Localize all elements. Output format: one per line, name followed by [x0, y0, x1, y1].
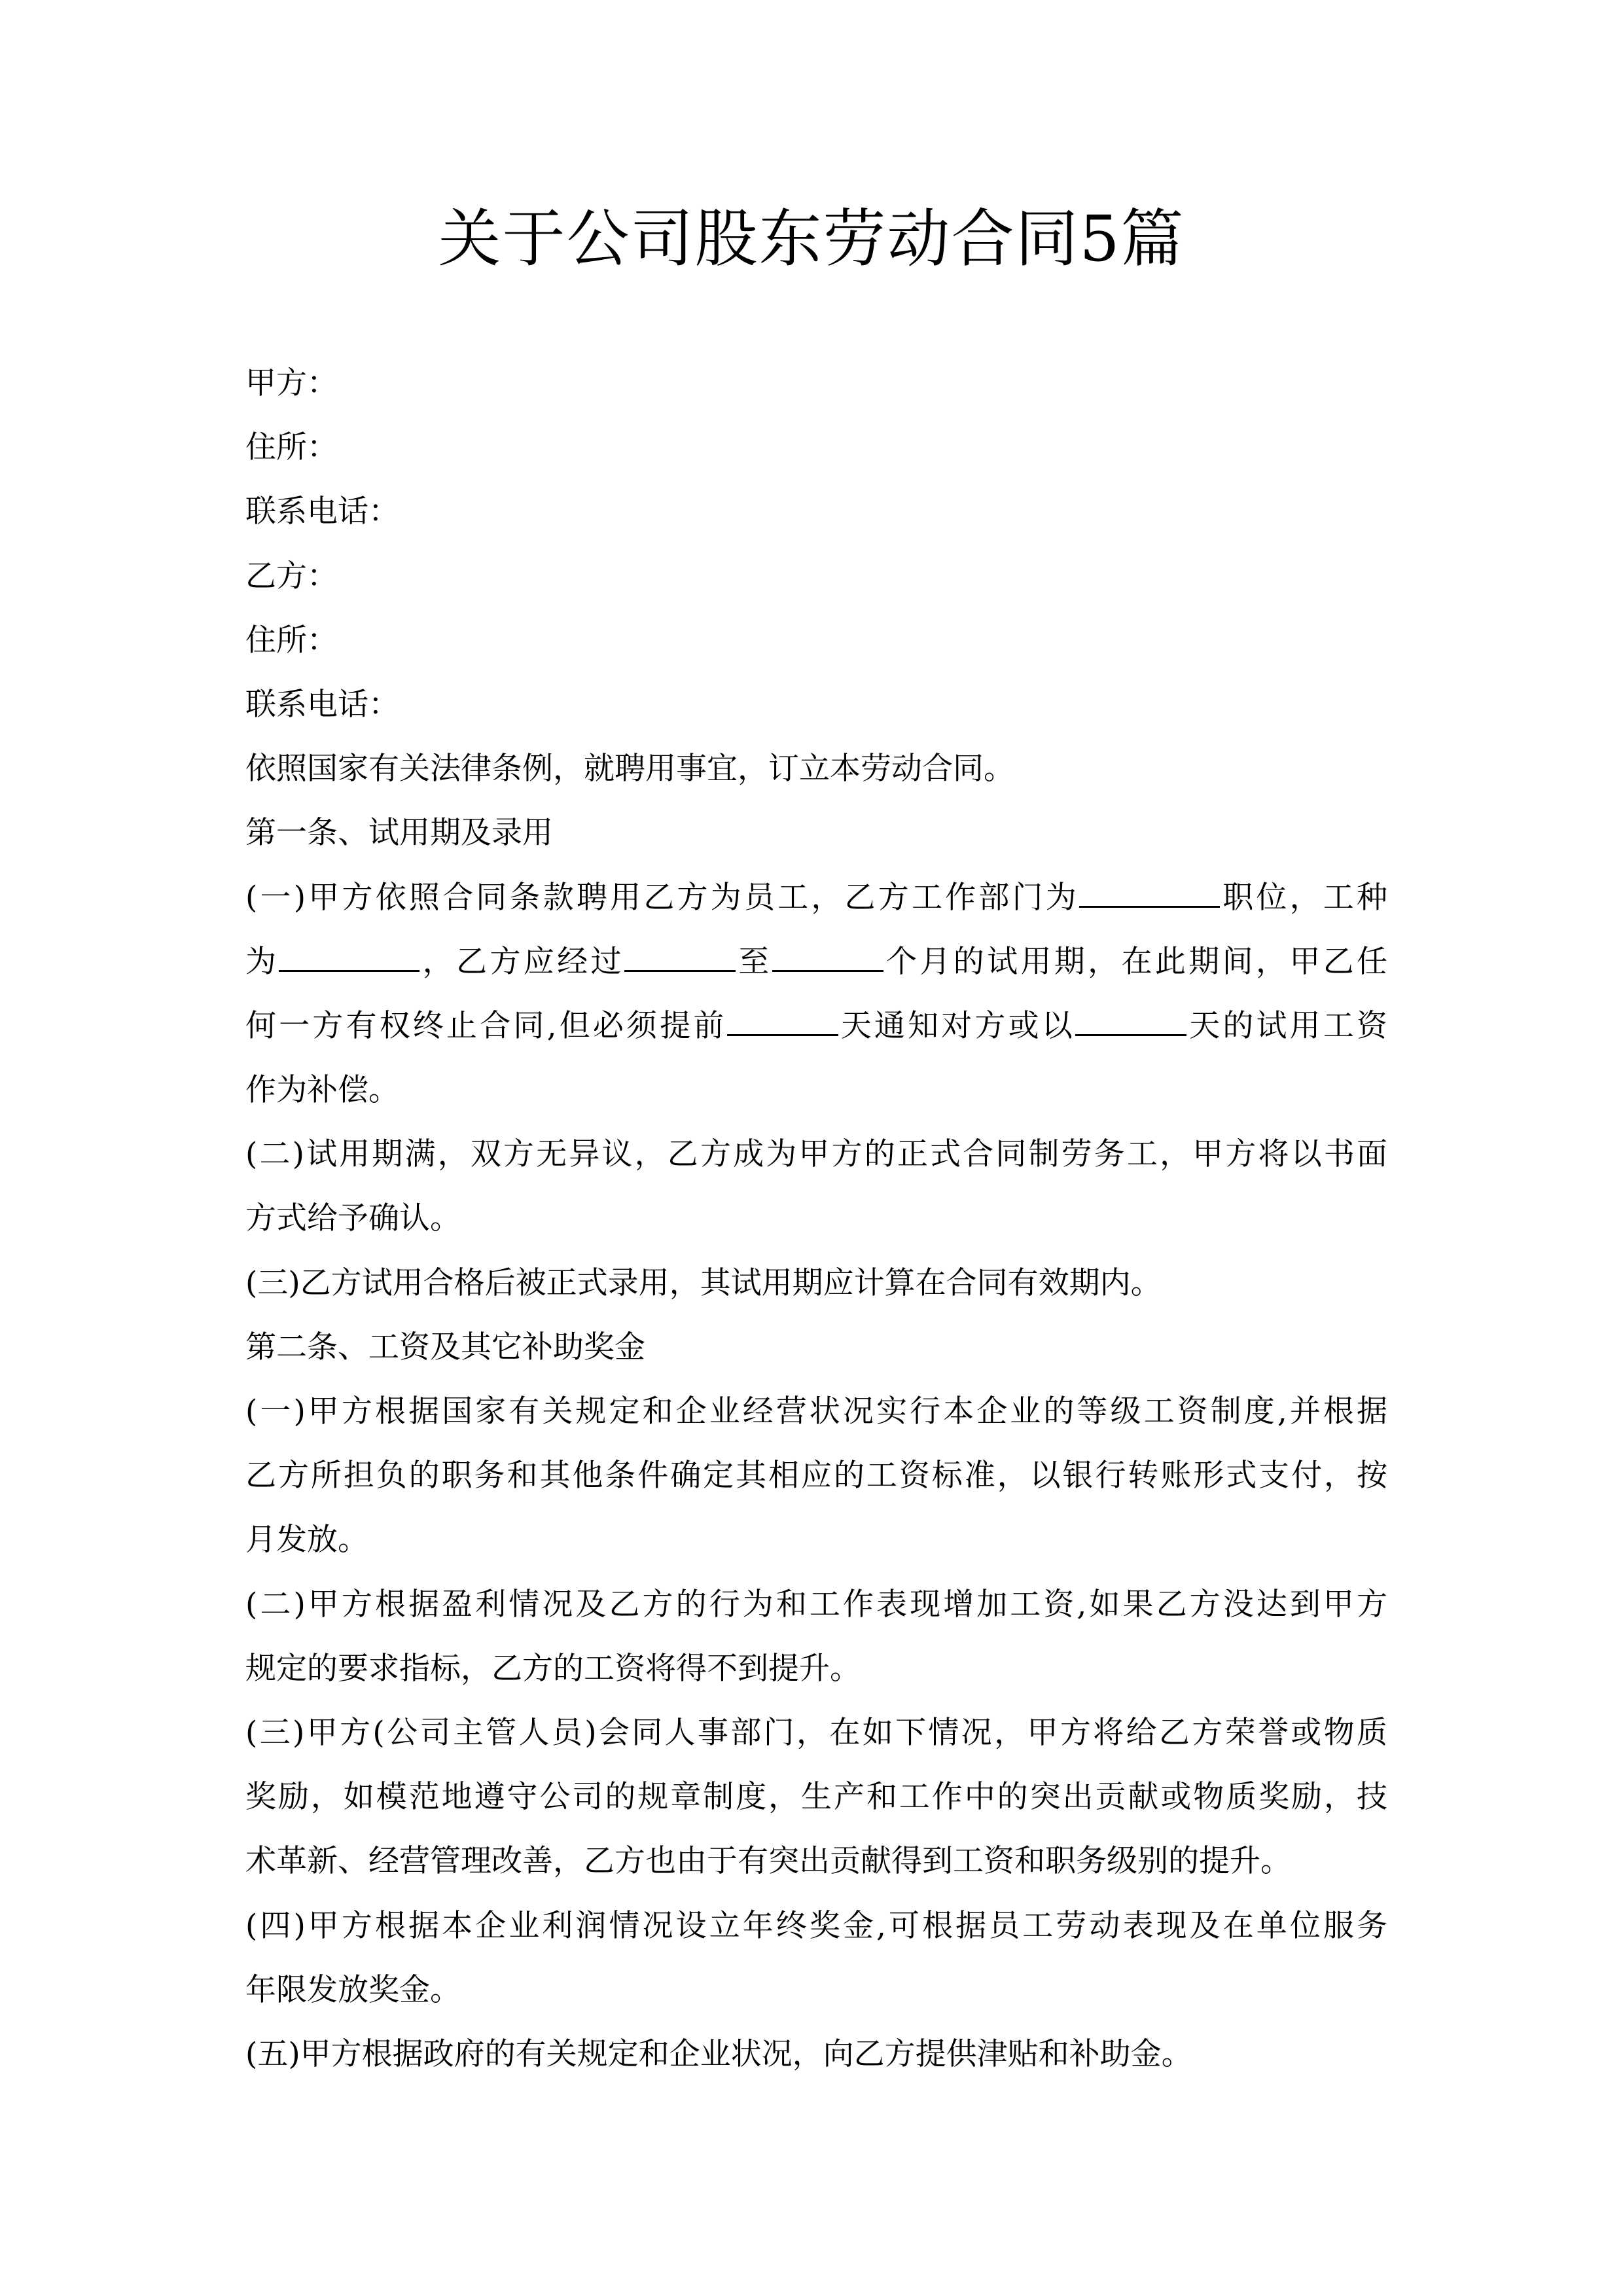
article-2-clause-2-line-2: 规定的要求指标，乙方的工资将得不到提升。	[245, 1644, 1387, 1708]
article-1-clause-2-line-2: 方式给予确认。	[245, 1194, 1387, 1258]
department-blank-field[interactable]	[1079, 874, 1220, 908]
probation-max-blank-field[interactable]	[772, 939, 883, 972]
article-2-clause-1-line-1: (一)甲方根据国家有关规定和企业经营状况实行本企业的等级工资制度,并根据	[245, 1387, 1387, 1451]
clause-text: (一)甲方依照合同条款聘用乙方为员工，乙方工作部门为	[245, 880, 1079, 916]
article-1-heading: 第一条、试用期及录用	[245, 808, 1387, 872]
article-1-clause-3-line-1: (三)乙方试用合格后被正式录用，其试用期应计算在合同有效期内。	[245, 1259, 1387, 1323]
party-b-address-label: 住所：	[245, 616, 1387, 680]
clause-text: 天通知对方或以	[838, 1008, 1075, 1044]
clause-text: 个月的试用期，在此期间，甲乙任	[883, 944, 1387, 980]
party-b-label: 乙方：	[245, 552, 1387, 616]
clause-text: 至	[736, 944, 772, 980]
article-1-clause-1-line-3: 何一方有权终止合同,但必须提前天通知对方或以天的试用工资	[245, 1001, 1387, 1066]
clause-text: 何一方有权终止合同,但必须提前	[245, 1008, 727, 1044]
party-a-label: 甲方：	[245, 359, 1387, 423]
clause-text: ，乙方应经过	[419, 944, 624, 980]
compensation-days-blank-field[interactable]	[1075, 1003, 1186, 1036]
job-type-blank-field[interactable]	[279, 939, 419, 972]
article-2-clause-3-line-3: 术革新、经营管理改善，乙方也由于有突出贡献得到工资和职务级别的提升。	[245, 1837, 1387, 1901]
article-2-clause-1-line-3: 月发放。	[245, 1515, 1387, 1579]
clause-text: 天的试用工资	[1186, 1008, 1387, 1044]
preamble: 依照国家有关法律条例，就聘用事宜，订立本劳动合同。	[245, 744, 1387, 808]
article-2-clause-5-line-1: (五)甲方根据政府的有关规定和企业状况，向乙方提供津贴和补助金。	[245, 2030, 1387, 2094]
article-1-clause-1-line-4: 作为补偿。	[245, 1066, 1387, 1130]
clause-text: 职位，工种	[1220, 880, 1387, 916]
party-a-address-label: 住所：	[245, 423, 1387, 487]
document-title: 关于公司股东劳动合同5篇	[0, 196, 1623, 281]
article-2-clause-4-line-2: 年限发放奖金。	[245, 1965, 1387, 2030]
clause-text: 为	[245, 944, 279, 980]
article-1-clause-1-line-2: 为，乙方应经过至个月的试用期，在此期间，甲乙任	[245, 937, 1387, 1001]
document-body: 甲方： 住所： 联系电话： 乙方： 住所： 联系电话： 依照国家有关法律条例，就…	[245, 359, 1387, 2094]
article-2-heading: 第二条、工资及其它补助奖金	[245, 1323, 1387, 1387]
article-2-clause-1-line-2: 乙方所担负的职务和其他条件确定其相应的工资标准，以银行转账形式支付，按	[245, 1451, 1387, 1515]
notice-days-blank-field[interactable]	[727, 1003, 838, 1036]
article-2-clause-2-line-1: (二)甲方根据盈利情况及乙方的行为和工作表现增加工资,如果乙方没达到甲方	[245, 1580, 1387, 1644]
article-2-clause-3-line-2: 奖励，如模范地遵守公司的规章制度，生产和工作中的突出贡献或物质奖励，技	[245, 1772, 1387, 1837]
party-b-phone-label: 联系电话：	[245, 680, 1387, 744]
article-2-clause-4-line-1: (四)甲方根据本企业利润情况设立年终奖金,可根据员工劳动表现及在单位服务	[245, 1901, 1387, 1965]
party-a-phone-label: 联系电话：	[245, 487, 1387, 551]
article-1-clause-1-line-1: (一)甲方依照合同条款聘用乙方为员工，乙方工作部门为职位，工种	[245, 873, 1387, 937]
article-1-clause-2-line-1: (二)试用期满，双方无异议，乙方成为甲方的正式合同制劳务工，甲方将以书面	[245, 1130, 1387, 1194]
article-2-clause-3-line-1: (三)甲方(公司主管人员)会同人事部门，在如下情况，甲方将给乙方荣誉或物质	[245, 1708, 1387, 1772]
document-page: 关于公司股东劳动合同5篇 甲方： 住所： 联系电话： 乙方： 住所： 联系电话：…	[0, 0, 1623, 2296]
probation-min-blank-field[interactable]	[624, 939, 736, 972]
